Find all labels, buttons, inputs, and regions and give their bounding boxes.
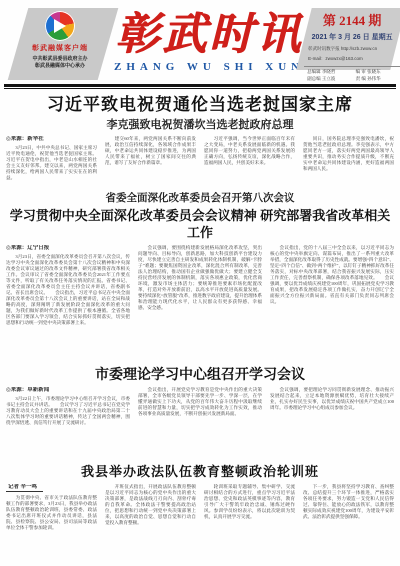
email-line: E-mail：zwxwzx@163.com: [304, 56, 400, 62]
article3-column-1: ◎来源：阜新新闻 3月22日上午，市委理论学习中心组召开学习会议，市委书记主持会…: [6, 387, 130, 453]
newspaper-title: 彰武时讯: [114, 12, 304, 58]
article-provincial-reform-committee: 省委全面深化改革委员会召开第八次会议 学习贯彻中央全面深化改革委员会会议精神 研…: [0, 192, 400, 351]
article2-body-col2: 会议强调，要围绕构建新发展格局深化改革攻坚，突出问题导向、目标导向，创新思路，加…: [138, 245, 262, 310]
article1-body-col2: 建交60年来，两党两国关系不断向前发展，政治互信持续深化，各领域合作成果丰硕，中…: [105, 136, 196, 165]
article3-column-3: 会议强调，要把理论学习同贯彻新发展理念、推动振兴发展结合起来，立足本地资源禀赋优…: [270, 387, 394, 453]
staff-deputy-editor: 副总编 王立波: [307, 76, 352, 82]
article2-kicker: 省委全面深化改革委员会召开第八次会议: [6, 192, 394, 205]
article1-body-col4: 同日，国务院总理李克强致电潘坎，祝贺他当选老挝政府总理。李克强表示，中方愿同老方…: [303, 136, 394, 171]
article2-column-3: 会议指出，党的十八届三中全会以来，以习近平同志为核心的党中央举旗定向、谋篇布局，…: [270, 245, 394, 351]
article2-headline: 学习贯彻中央全面深化改革委员会会议精神 研究部署我省改革相关工作: [6, 207, 394, 241]
newspaper-title-pinyin: ZHANG WU SHI XUN: [114, 61, 304, 73]
article-county-legal-training: 我县举办政法队伍教育整顿政治轮训班 记者 辛一鸣 为贯彻中央、省市关于政法队伍教…: [0, 463, 400, 562]
staff-reviewer: 编 审 张晓东: [356, 69, 400, 75]
article4-byline: 记者 辛一鸣: [6, 484, 43, 492]
article2-column-1: ◎来源：辽宁日报 3月23日，省委全面深化改革委员会召开第八次会议，传达学习中央…: [6, 245, 130, 351]
article3-column-2: 会议指出，开展党史学习教育是党中央作出的重大决策部署，全市各级党员领导干部要先学…: [138, 387, 262, 453]
article1-body-col3: 习近平强调，当今世界正面临百年未有之大变局，中老关系发展面临新的机遇。我愿同你一…: [204, 136, 295, 165]
article3-body-col2: 会议指出，开展党史学习教育是党中央作出的重大决策部署，全市各级党员领导干部要先学…: [138, 387, 262, 416]
issue-number-line: 第 2144 期: [304, 10, 400, 29]
article2-byline: ◎来源：辽宁日报: [6, 245, 130, 251]
article3-byline: ◎来源：阜新新闻: [6, 387, 130, 393]
article3-body-col1: 3月22日上午，市委理论学习中心组召开学习会议，市委书记主持会议并讲话。 会议学…: [6, 396, 130, 425]
article4-headline: 我县举办政法队伍教育整顿政治轮训班: [6, 463, 394, 480]
article1-headline: 习近平致电祝贺通伦当选老挝国家主席: [6, 94, 394, 116]
article-xi-congratulates-laos: 习近平致电祝贺通伦当选老挝国家主席 李克强致电祝贺潘坎当选老挝政府总理 ◎来源：…: [0, 94, 400, 184]
article2-column-2: 会议强调，要围绕构建新发展格局深化改革攻坚，突出问题导向、目标导向，创新思路，加…: [138, 245, 262, 351]
media-app-logo-icon: [45, 11, 75, 41]
article1-body-col1: 3月23日，中共中央总书记、国家主席习近平致电通伦，祝贺他当选老挝国家主席。习近…: [6, 145, 97, 180]
article1-column-2: 建交60年来，两党两国关系不断向前发展，政治互信持续深化，各领域合作成果丰硕，中…: [105, 136, 196, 184]
masthead-left-block: 彰武融媒客户端 中共彰武县委县政府主办 彰武县融媒体中心承办: [6, 8, 114, 80]
newspaper-front-page: 彰武融媒客户端 中共彰武县委县政府主办 彰武县融媒体中心承办 彰武时讯 ZHAN…: [0, 0, 400, 566]
staff-credits: 总编辑 李晓哲 编 审 张晓东 副总编 王立波 责 编 孙伟华: [304, 66, 400, 82]
article4-body-col3: 轮训班采取专题辅导、集中研学、交流研讨相结合的方式进行，重点学习习近平法治思想、…: [204, 484, 295, 519]
issue-prefix: 第: [323, 13, 336, 28]
article4-body-col4: 下一步，我县将坚持学习教育、查纠整改、总结提升三个环节一体推进，严格落实各项任务…: [303, 484, 394, 519]
article4-column-2: 开班仪式指出，开展政法队伍教育整顿是以习近平同志为核心的党中央作出的重大决策部署…: [105, 484, 196, 562]
article4-column-1: 记者 辛一鸣 为贯彻中央、省市关于政法队伍教育整顿工作的部署要求，3月23日，我…: [6, 484, 97, 562]
article2-body-col3: 会议指出，党的十八届三中全会以来，以习近平同志为核心的党中央举旗定向、谋篇布局，…: [270, 245, 394, 304]
article4-column-4: 下一步，我县将坚持学习教育、查纠整改、总结提升三个环节一体推进，严格落实各项任务…: [303, 484, 394, 562]
masthead-info-block: 第 2144 期 2021 年 3 月 26 日 星期五 彰武时讯数字报 htt…: [304, 8, 400, 80]
article3-body-col3: 会议强调，要把理论学习同贯彻新发展理念、推动振兴发展结合起来，立足本地资源禀赋优…: [270, 387, 394, 410]
play-triangle-icon: [54, 19, 66, 33]
staff-editor-in-chief: 总编辑 李晓哲: [307, 69, 352, 75]
article1-byline: ◎来源：新华社: [6, 136, 97, 142]
masthead-title-block: 彰武时讯 ZHANG WU SHI XUN: [114, 8, 304, 80]
masthead: 彰武融媒客户端 中共彰武县委县政府主办 彰武县融媒体中心承办 彰武时讯 ZHAN…: [0, 0, 400, 80]
issue-suffix: 期: [368, 13, 381, 28]
issue-number: 2144: [339, 13, 365, 28]
article1-subheadline: 李克强致电祝贺潘坎当选老挝政府总理: [6, 118, 394, 132]
article4-column-3: 轮训班采取专题辅导、集中研学、交流研讨相结合的方式进行，重点学习习近平法治思想、…: [204, 484, 295, 562]
publication-date: 2021 年 3 月 26 日 星期五: [304, 32, 400, 42]
article1-column-3: 习近平强调，当今世界正面临百年未有之大变局，中老关系发展面临新的机遇。我愿同你一…: [204, 136, 295, 184]
masthead-divider-thick: [4, 84, 396, 87]
staff-duty-editor: 责 编 孙伟华: [356, 76, 400, 82]
article-municipal-theory-study: 市委理论学习中心组召开学习会议 ◎来源：阜新新闻 3月22日上午，市委理论学习中…: [0, 365, 400, 453]
article4-body-col2: 开班仪式指出，开展政法队伍教育整顿是以习近平同志为核心的党中央作出的重大决策部署…: [105, 484, 196, 525]
article3-headline: 市委理论学习中心组召开学习会议: [6, 365, 394, 383]
article4-body-col1: 为贯彻中央、省市关于政法队伍教育整顿工作的部署要求，3月23日，我县举办政法队伍…: [6, 495, 97, 530]
organizer-line-2: 彰武县融媒体中心承办: [6, 63, 114, 70]
article1-column-1: ◎来源：新华社 3月23日，中共中央总书记、国家主席习近平致电通伦，祝贺他当选老…: [6, 136, 97, 184]
masthead-divider-thin: [4, 88, 396, 89]
article2-body-col1: 3月23日，省委全面深化改革委员会召开第八次会议，传达学习中央全面深化改革委员会…: [6, 254, 130, 325]
digital-edition-line: 彰武时讯数字报 http://szb.zwxw.cn: [304, 46, 400, 52]
media-app-label: 彰武融媒客户端: [6, 43, 114, 53]
article1-column-4: 同日，国务院总理李克强致电潘坎，祝贺他当选老挝政府总理。李克强表示，中方愿同老方…: [303, 136, 394, 184]
